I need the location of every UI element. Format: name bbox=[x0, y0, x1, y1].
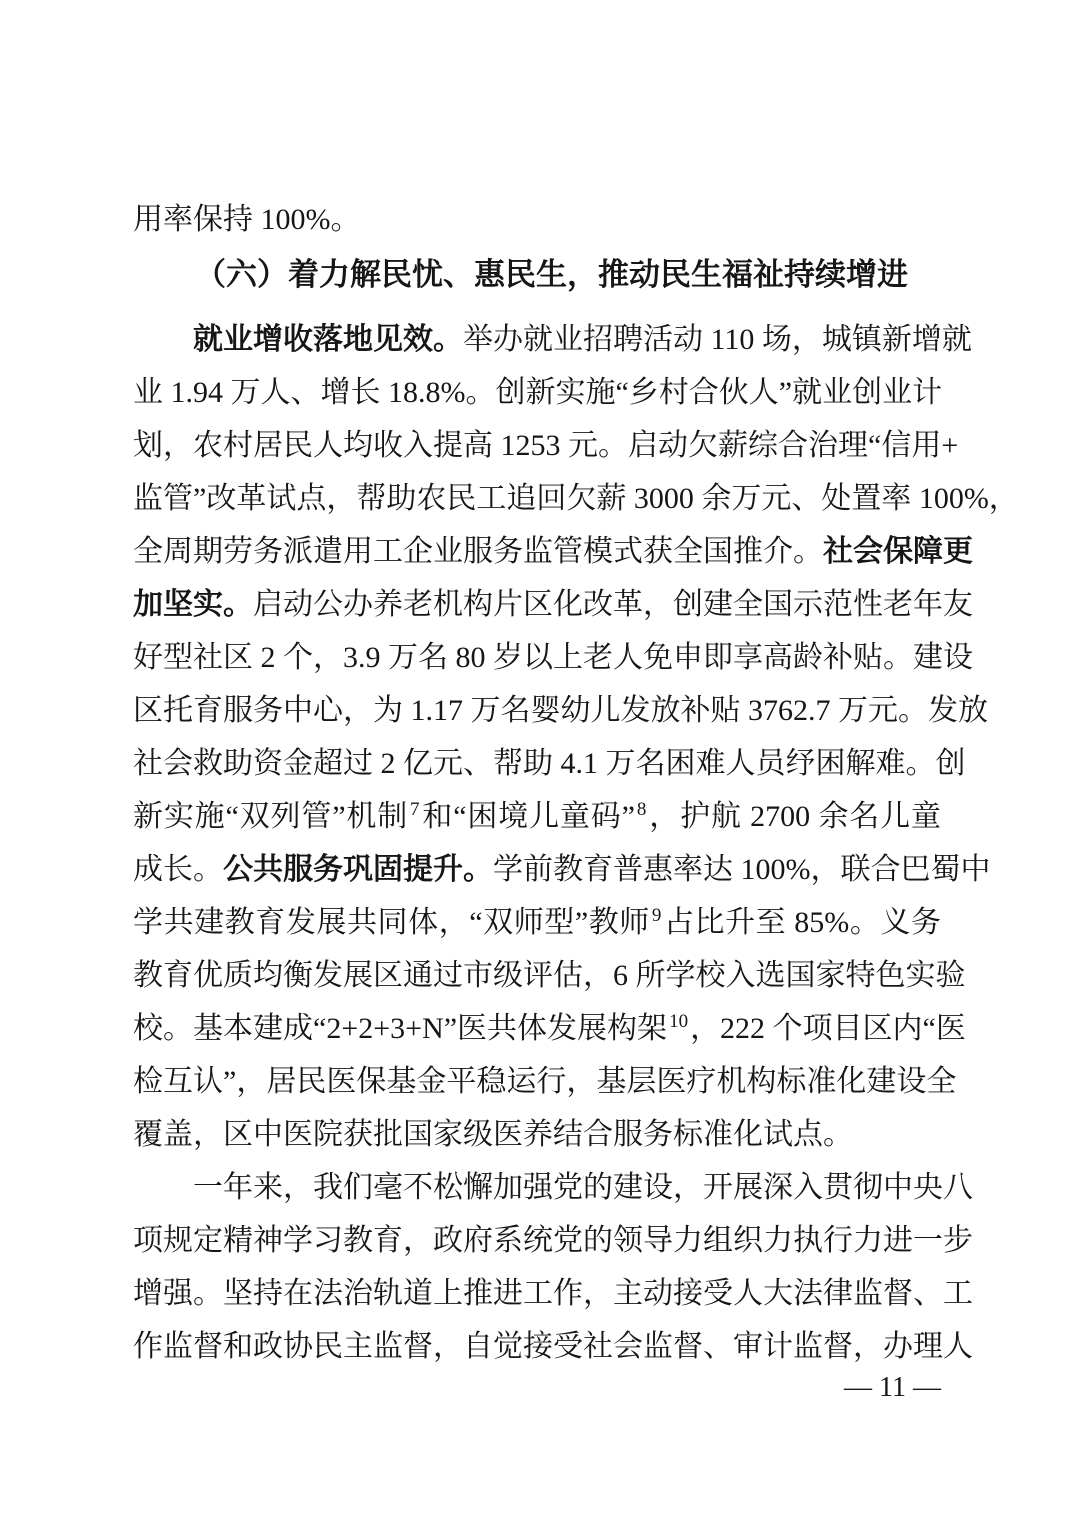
text-line: （六）着力解民忧、惠民生，推动民生福祉持续增进 bbox=[133, 248, 941, 301]
paragraph: 一年来，我们毫不松懈加强党的建设，开展深入贯彻中央八项规定精神学习教育，政府系统… bbox=[133, 1161, 941, 1373]
text-run: 覆盖，区中医院获批国家级医养结合服务标准化试点。 bbox=[133, 1118, 853, 1151]
text-run: 检互认”，居民医保基金平稳运行，基层医疗机构标准化建设全 bbox=[133, 1065, 956, 1098]
text-column: 用率保持 100%。（六）着力解民忧、惠民生，推动民生福祉持续增进就业增收落地见… bbox=[133, 193, 941, 1373]
section-heading: （六）着力解民忧、惠民生，推动民生福祉持续增进 bbox=[133, 248, 941, 301]
text-run: 举办就业招聘活动 110 场，城镇新增就 bbox=[463, 323, 972, 356]
text-run: 启动公办养老机构片区化改革，创建全国示范性老年友 bbox=[253, 588, 973, 621]
text-run: 占比升至 85%。义务 bbox=[663, 906, 941, 939]
document-page: 用率保持 100%。（六）着力解民忧、惠民生，推动民生福祉持续增进就业增收落地见… bbox=[0, 0, 1074, 1520]
text-line: 覆盖，区中医院获批国家级医养结合服务标准化试点。 bbox=[133, 1108, 941, 1161]
text-line: 全周期劳务派遣用工企业服务监管模式获全国推介。社会保障更 bbox=[133, 525, 941, 578]
footnote-ref: 9 bbox=[650, 905, 664, 926]
text-line: 区托育服务中心，为 1.17 万名婴幼儿发放补贴 3762.7 万元。发放 bbox=[133, 684, 941, 737]
text-line: 校。基本建成“2+2+3+N”医共体发展构架10，222 个项目区内“医 bbox=[133, 1002, 941, 1055]
text-run: 学前教育普惠率达 100%，联合巴蜀中 bbox=[493, 853, 991, 886]
text-line: 好型社区 2 个，3.9 万名 80 岁以上老人免申即享高龄补贴。建设 bbox=[133, 631, 941, 684]
text-run: 作监督和政协民主监督，自觉接受社会监督、审计监督，办理人 bbox=[133, 1330, 973, 1363]
text-run: 划，农村居民人均收入提高 1253 元。启动欠薪综合治理“信用+ bbox=[133, 429, 958, 462]
text-run: 全周期劳务派遣用工企业服务监管模式获全国推介。 bbox=[133, 535, 823, 568]
bold-text-run: （六）着力解民忧、惠民生，推动民生福祉持续增进 bbox=[195, 257, 908, 292]
text-line: 新实施“双列管”机制7和“困境儿童码”8，护航 2700 余名儿童 bbox=[133, 790, 941, 843]
footnote-ref: 8 bbox=[635, 799, 649, 820]
text-run: 成长。 bbox=[133, 853, 223, 886]
text-run: 增强。坚持在法治轨道上推进工作，主动接受人大法律监督、工 bbox=[133, 1277, 973, 1310]
text-line: 业 1.94 万人、增长 18.8%。创新实施“乡村合伙人”就业创业计 bbox=[133, 366, 941, 419]
footnote-ref: 10 bbox=[667, 1011, 690, 1032]
text-line: 成长。公共服务巩固提升。学前教育普惠率达 100%，联合巴蜀中 bbox=[133, 843, 941, 896]
text-line: 作监督和政协民主监督，自觉接受社会监督、审计监督，办理人 bbox=[133, 1320, 941, 1373]
text-run: 好型社区 2 个，3.9 万名 80 岁以上老人免申即享高龄补贴。建设 bbox=[133, 641, 973, 674]
bold-text-run: 公共服务巩固提升。 bbox=[223, 853, 493, 886]
text-run: 监管”改革试点，帮助农民工追回欠薪 3000 余万元、处置率 100%， bbox=[133, 482, 1019, 515]
text-run: 新实施“双列管”机制 bbox=[133, 800, 408, 833]
text-line: 学共建教育发展共同体，“双师型”教师9占比升至 85%。义务 bbox=[133, 896, 941, 949]
text-run: 业 1.94 万人、增长 18.8%。创新实施“乡村合伙人”就业创业计 bbox=[133, 376, 942, 409]
bold-text-run: 加坚实。 bbox=[133, 588, 253, 621]
text-run: 和“困境儿童码” bbox=[422, 800, 635, 833]
text-line: 检互认”，居民医保基金平稳运行，基层医疗机构标准化建设全 bbox=[133, 1055, 941, 1108]
footnote-ref: 7 bbox=[408, 799, 422, 820]
page-number: — 11 — bbox=[133, 1368, 941, 1408]
text-run: ，护航 2700 余名儿童 bbox=[648, 800, 941, 833]
text-run: 项规定精神学习教育，政府系统党的领导力组织力执行力进一步 bbox=[133, 1224, 973, 1257]
text-run: 一年来，我们毫不松懈加强党的建设，开展深入贯彻中央八 bbox=[193, 1171, 973, 1204]
text-line: 监管”改革试点，帮助农民工追回欠薪 3000 余万元、处置率 100%， bbox=[133, 472, 941, 525]
text-line: 项规定精神学习教育，政府系统党的领导力组织力执行力进一步 bbox=[133, 1214, 941, 1267]
text-line: 教育优质均衡发展区通过市级评估，6 所学校入选国家特色实验 bbox=[133, 949, 941, 1002]
text-line: 用率保持 100%。 bbox=[133, 193, 941, 246]
text-line: 划，农村居民人均收入提高 1253 元。启动欠薪综合治理“信用+ bbox=[133, 419, 941, 472]
text-run: ，222 个项目区内“医 bbox=[690, 1012, 966, 1045]
paragraph: 就业增收落地见效。举办就业招聘活动 110 场，城镇新增就业 1.94 万人、增… bbox=[133, 313, 941, 1161]
bold-text-run: 社会保障更 bbox=[823, 535, 973, 568]
text-line: 社会救助资金超过 2 亿元、帮助 4.1 万名困难人员纾困解难。创 bbox=[133, 737, 941, 790]
text-run: 区托育服务中心，为 1.17 万名婴幼儿发放补贴 3762.7 万元。发放 bbox=[133, 694, 988, 727]
text-run: 用率保持 100%。 bbox=[133, 203, 361, 236]
text-run: 学共建教育发展共同体，“双师型”教师 bbox=[133, 906, 650, 939]
text-run: 教育优质均衡发展区通过市级评估，6 所学校入选国家特色实验 bbox=[133, 959, 966, 992]
continuation-line: 用率保持 100%。 bbox=[133, 193, 941, 246]
text-line: 就业增收落地见效。举办就业招聘活动 110 场，城镇新增就 bbox=[133, 313, 941, 366]
text-run: 社会救助资金超过 2 亿元、帮助 4.1 万名困难人员纾困解难。创 bbox=[133, 747, 966, 780]
text-line: 一年来，我们毫不松懈加强党的建设，开展深入贯彻中央八 bbox=[133, 1161, 941, 1214]
text-run: 校。基本建成“2+2+3+N”医共体发展构架 bbox=[133, 1012, 667, 1045]
bold-text-run: 就业增收落地见效。 bbox=[193, 323, 463, 356]
text-line: 加坚实。启动公办养老机构片区化改革，创建全国示范性老年友 bbox=[133, 578, 941, 631]
text-line: 增强。坚持在法治轨道上推进工作，主动接受人大法律监督、工 bbox=[133, 1267, 941, 1320]
